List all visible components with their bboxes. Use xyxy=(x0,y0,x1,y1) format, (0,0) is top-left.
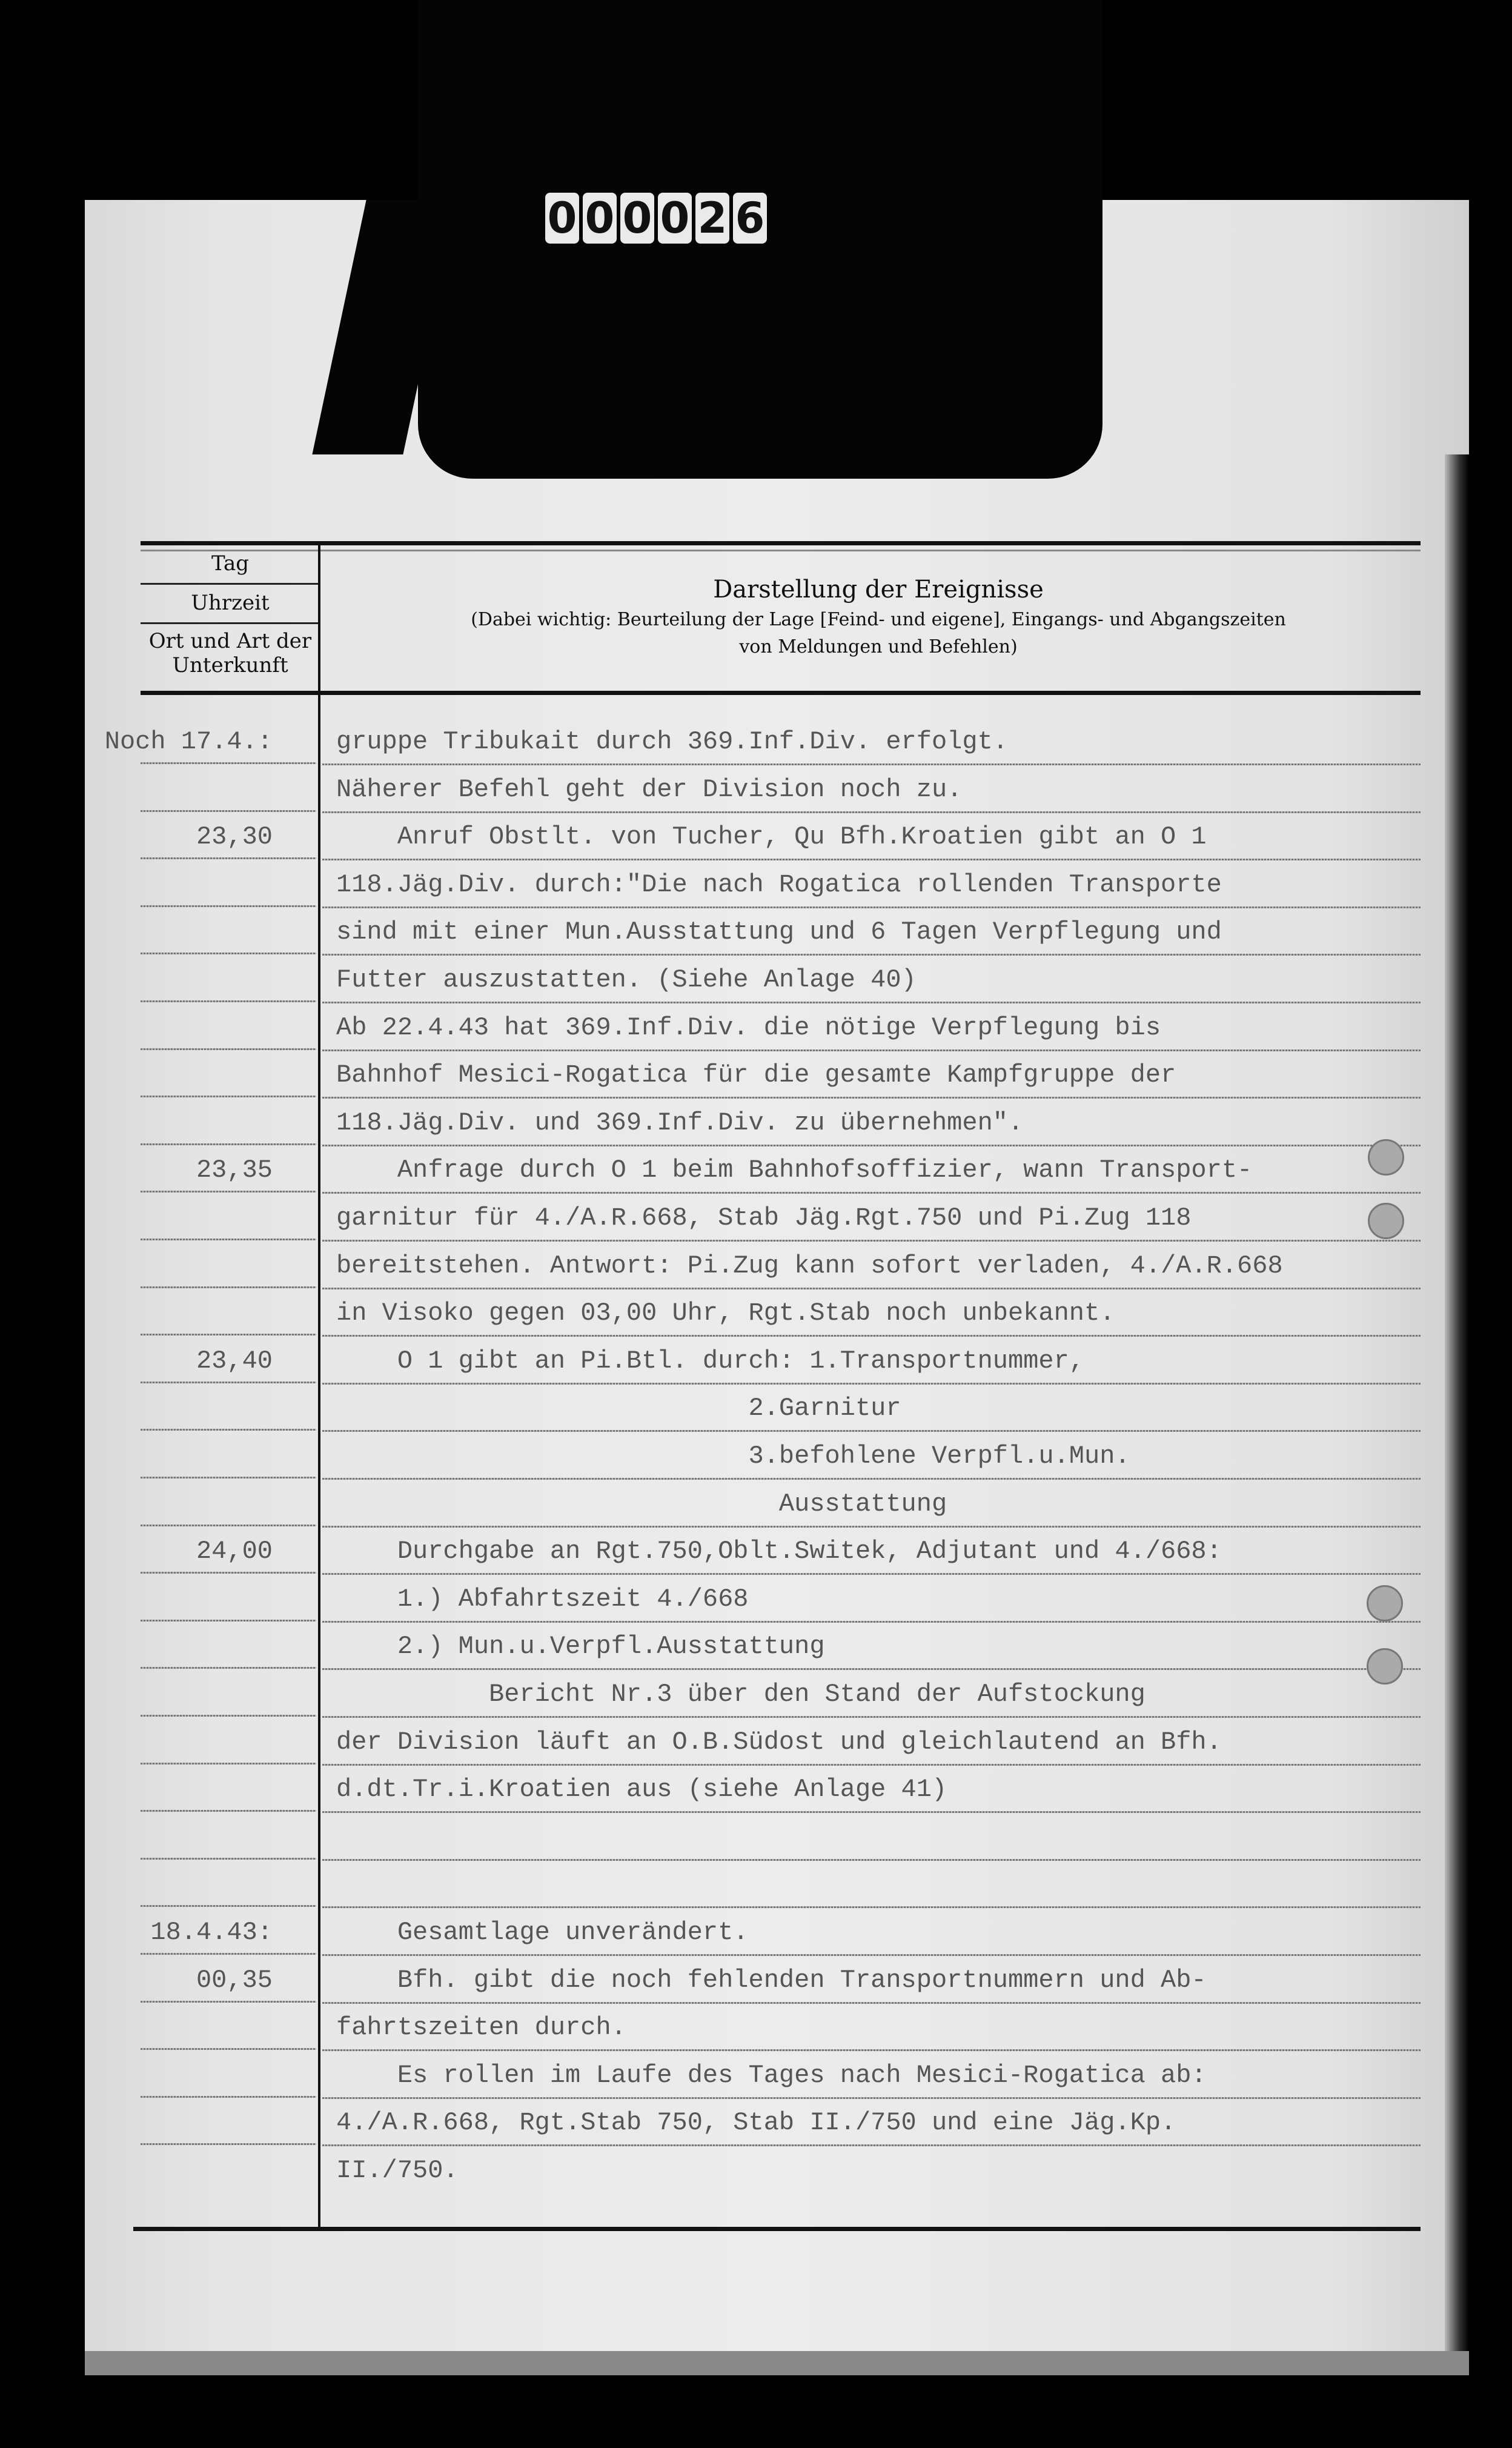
entry-text-line: gruppe Tribukait durch 369.Inf.Div. erfo… xyxy=(336,727,1008,756)
ruled-line xyxy=(141,1143,316,1145)
ruled-line xyxy=(322,811,1421,813)
ruled-line xyxy=(322,1097,1421,1099)
ruled-line xyxy=(141,1715,316,1717)
entry-text-line: Bahnhof Mesici-Rogatica für die gesamte … xyxy=(336,1060,1176,1089)
entry-text-line: sind mit einer Mun.Ausstattung und 6 Tag… xyxy=(336,917,1222,946)
punch-hole xyxy=(1367,1648,1403,1685)
counter-digit: 2 xyxy=(695,193,729,244)
entry-text-line: Gesamtlage unverändert. xyxy=(336,1918,749,1947)
punch-hole xyxy=(1368,1203,1404,1239)
ruled-line xyxy=(141,953,316,954)
ruled-line xyxy=(322,1288,1421,1289)
ruled-line xyxy=(141,1810,316,1812)
ruled-line xyxy=(322,2049,1421,2051)
ruled-line xyxy=(141,1191,316,1192)
header-subtitle-2: von Meldungen und Befehlen) xyxy=(339,636,1417,657)
ruled-line xyxy=(141,1286,316,1288)
ruled-line xyxy=(322,906,1421,908)
entry-text-line: d.dt.Tr.i.Kroatien aus (siehe Anlage 41) xyxy=(336,1775,947,1804)
counter-digit: 0 xyxy=(620,193,654,244)
entry-text-line: 1.) Abfahrtszeit 4./668 xyxy=(336,1585,749,1614)
ruled-line xyxy=(141,857,316,859)
ruled-line xyxy=(141,2096,316,2098)
punch-hole xyxy=(1368,1139,1404,1176)
ruled-line xyxy=(322,1526,1421,1528)
page-bottom-edge xyxy=(85,2351,1469,2375)
ruled-line xyxy=(322,859,1421,860)
ruled-line xyxy=(141,1667,316,1669)
ruled-line xyxy=(141,1096,316,1097)
ruled-line xyxy=(141,1334,316,1335)
ruled-line xyxy=(322,1049,1421,1051)
ruled-line xyxy=(322,1240,1421,1242)
entry-text-line: Ab 22.4.43 hat 369.Inf.Div. die nötige V… xyxy=(336,1013,1161,1042)
entry-text-line: Bfh. gibt die noch fehlenden Transportnu… xyxy=(336,1966,1207,1995)
punch-hole xyxy=(1367,1585,1403,1621)
ruled-line xyxy=(141,1858,316,1860)
header-left-rule xyxy=(141,622,318,624)
entry-time: 00,35 xyxy=(97,1966,273,1995)
ruled-line xyxy=(322,1383,1421,1385)
ruled-line xyxy=(141,1429,316,1431)
entry-time: Noch 17.4.: xyxy=(97,727,273,756)
entry-text-line: bereitstehen. Antwort: Pi.Zug kann sofor… xyxy=(336,1251,1283,1280)
entry-text-line: 3.befohlene Verpfl.u.Mun. xyxy=(336,1442,1130,1471)
table-top-rule-secondary xyxy=(141,550,1421,551)
ruled-line xyxy=(141,1477,316,1478)
entry-text-line: Näherer Befehl geht der Division noch zu… xyxy=(336,775,962,804)
entry-text-line: Anfrage durch O 1 beim Bahnhofsoffizier,… xyxy=(336,1156,1252,1185)
ruled-line xyxy=(322,1668,1421,1670)
frame-counter: 0 0 0 0 2 6 xyxy=(545,193,767,244)
ruled-line xyxy=(141,1239,316,1240)
counter-digit: 0 xyxy=(545,193,579,244)
header-bottom-rule xyxy=(141,691,1421,695)
page-edge-shadow xyxy=(1445,454,1469,2363)
ruled-line xyxy=(322,2097,1421,2099)
ruled-line xyxy=(141,1000,316,1002)
ruled-line xyxy=(322,1335,1421,1337)
header-uhrzeit: Uhrzeit xyxy=(145,591,315,615)
ruled-line xyxy=(141,1620,316,1621)
entry-text-line: Futter auszustatten. (Siehe Anlage 40) xyxy=(336,965,917,994)
ruled-line xyxy=(322,1621,1421,1623)
ruled-line xyxy=(141,1953,316,1955)
entry-text-line: 4./A.R.668, Rgt.Stab 750, Stab II./750 u… xyxy=(336,2108,1176,2137)
column-divider xyxy=(318,545,320,2230)
entry-text-line: Anruf Obstlt. von Tucher, Qu Bfh.Kroatie… xyxy=(336,822,1207,851)
counter-digit: 0 xyxy=(658,193,692,244)
header-ort: Ort und Art der Unterkunft xyxy=(142,629,318,677)
entry-text-line: O 1 gibt an Pi.Btl. durch: 1.Transportnu… xyxy=(336,1346,1084,1375)
ruled-line xyxy=(322,1573,1421,1575)
ruled-line xyxy=(141,1525,316,1526)
ruled-line xyxy=(141,2001,316,2003)
ruled-line xyxy=(322,2144,1421,2146)
entry-time: 23,30 xyxy=(97,822,273,851)
ruled-line xyxy=(141,810,316,812)
header-subtitle-1: (Dabei wichtig: Beurteilung der Lage [Fe… xyxy=(339,609,1417,630)
ruled-line xyxy=(322,1811,1421,1813)
entry-text-line: Ausstattung xyxy=(336,1489,947,1518)
entry-text-line: Es rollen im Laufe des Tages nach Mesici… xyxy=(336,2061,1207,2090)
entry-time: 23,35 xyxy=(97,1156,273,1185)
ruled-line xyxy=(322,1764,1421,1766)
ruled-line xyxy=(322,1192,1421,1194)
entry-text-line: Durchgabe an Rgt.750,Oblt.Switek, Adjuta… xyxy=(336,1537,1222,1566)
entry-text-line: Bericht Nr.3 über den Stand der Aufstock… xyxy=(336,1680,1146,1709)
ruled-line xyxy=(322,763,1421,765)
table-top-rule xyxy=(141,541,1421,545)
ruled-line xyxy=(322,1906,1421,1908)
entry-text-line: fahrtszeiten durch. xyxy=(336,2013,626,2042)
counter-digit: 6 xyxy=(733,193,767,244)
entry-time: 23,40 xyxy=(97,1346,273,1375)
ruled-line xyxy=(141,2143,316,2145)
ruled-line xyxy=(141,1572,316,1574)
entry-text-line: garnitur für 4./A.R.668, Stab Jäg.Rgt.75… xyxy=(336,1203,1191,1232)
ruled-line xyxy=(141,1905,316,1907)
ruled-line xyxy=(322,1478,1421,1480)
entry-text-line: II./750. xyxy=(336,2156,459,2185)
ruled-line xyxy=(322,2002,1421,2004)
entry-text-line: 118.Jäg.Div. durch:"Die nach Rogatica ro… xyxy=(336,870,1222,899)
ruled-line xyxy=(141,1382,316,1383)
table-bottom-rule xyxy=(133,2227,1421,2231)
ruled-line xyxy=(322,1430,1421,1432)
ruled-line xyxy=(322,1002,1421,1003)
ruled-line xyxy=(322,954,1421,956)
entry-text-line: der Division läuft an O.B.Südost und gle… xyxy=(336,1728,1222,1757)
counter-digit: 0 xyxy=(583,193,617,244)
ruled-line xyxy=(141,2048,316,2050)
ruled-line xyxy=(322,1145,1421,1146)
entry-time: 24,00 xyxy=(97,1537,273,1566)
entry-time: 18.4.43: xyxy=(97,1918,273,1947)
ruled-line xyxy=(141,1048,316,1050)
ruled-line xyxy=(141,762,316,764)
ruled-line xyxy=(141,1763,316,1764)
ruled-line xyxy=(322,1716,1421,1718)
header-tag: Tag xyxy=(145,551,315,576)
entry-text-line: 118.Jäg.Div. und 369.Inf.Div. zu überneh… xyxy=(336,1108,1023,1137)
ruled-line xyxy=(322,1859,1421,1861)
entry-text-line: 2.Garnitur xyxy=(336,1394,901,1423)
entry-text-line: in Visoko gegen 03,00 Uhr, Rgt.Stab noch… xyxy=(336,1299,1115,1328)
ruled-line xyxy=(322,1954,1421,1956)
entry-text-line: 2.) Mun.u.Verpfl.Ausstattung xyxy=(336,1632,825,1661)
header-left-rule xyxy=(141,583,318,585)
ruled-line xyxy=(141,905,316,907)
header-title: Darstellung der Ereignisse xyxy=(339,576,1417,604)
